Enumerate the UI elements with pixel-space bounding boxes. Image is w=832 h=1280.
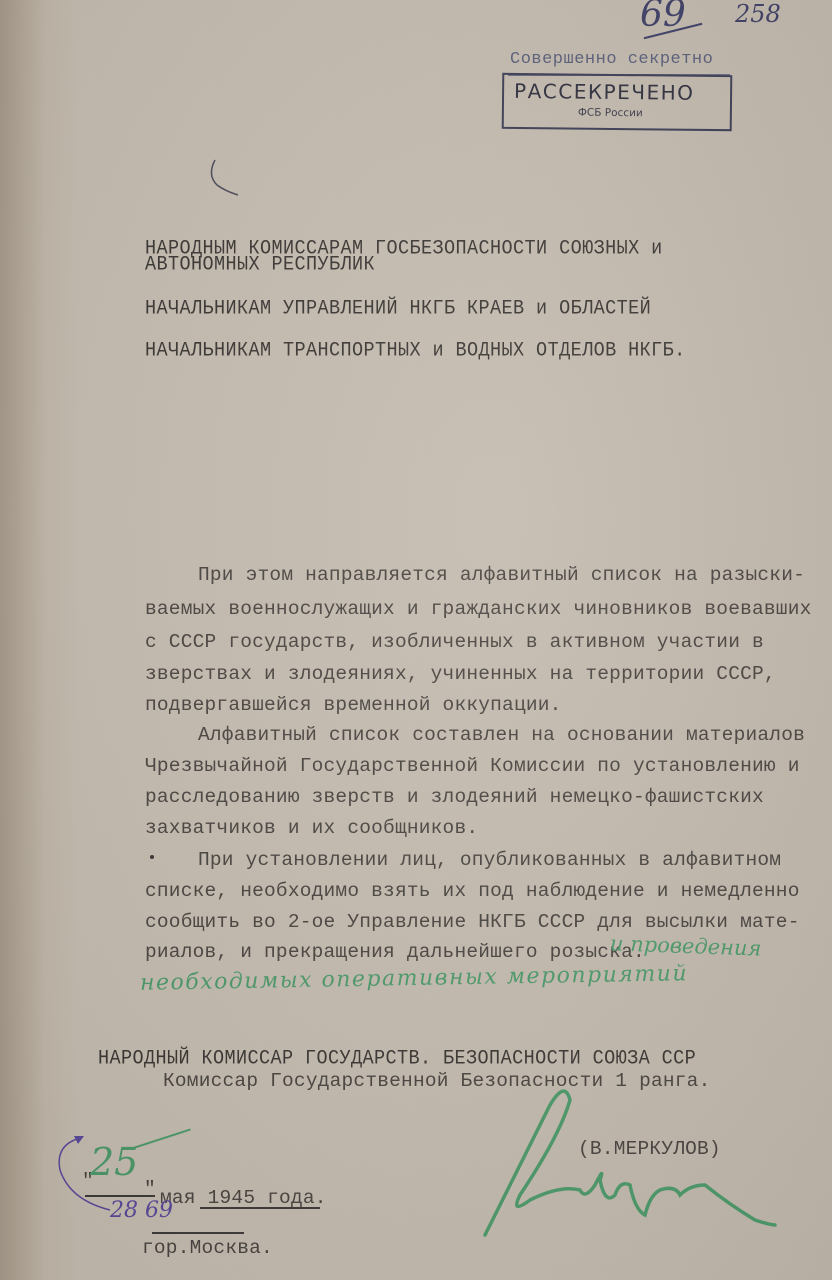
pen-mark-icon bbox=[205, 155, 245, 200]
body-line: При этом направляется алфавитный список … bbox=[198, 564, 805, 586]
declassified-stamp: РАССЕКРЕЧЕНО ФСБ России bbox=[502, 73, 733, 131]
body-line: сообщить во 2-ое Управление НКГБ СССР дл… bbox=[145, 911, 800, 933]
body-line: Чрезвычайной Государственной Комиссии по… bbox=[145, 755, 800, 777]
registration-number: 28 69 bbox=[110, 1198, 173, 1223]
body-line: Алфавитный список составлен на основании… bbox=[198, 724, 805, 746]
body-line: списке, необходимо взять их под наблюден… bbox=[145, 880, 800, 902]
body-line: При установлении лиц, опубликованных в а… bbox=[198, 849, 781, 871]
body-line: риалов, и прекращения дальнейшего розыск… bbox=[145, 941, 645, 963]
document-page: 69 258 Совершенно секретно РАССЕКРЕЧЕНО … bbox=[0, 0, 832, 1280]
handwritten-insert-2: необходимых оперативных мероприятий bbox=[140, 961, 688, 996]
addressee-line-2: АВТОНОМНЫХ РЕСПУБЛИК bbox=[145, 253, 375, 276]
addressee-line-3: НАЧАЛЬНИКАМ УПРАВЛЕНИЙ НКГБ КРАЕВ и ОБЛА… bbox=[145, 297, 651, 320]
addressee-line-4: НАЧАЛЬНИКАМ ТРАНСПОРТНЫХ и ВОДНЫХ ОТДЕЛО… bbox=[145, 339, 686, 362]
signature-icon bbox=[480, 1085, 800, 1245]
city: гор.Москва. bbox=[142, 1237, 273, 1259]
body-line: захватчиков и их сообщников. bbox=[145, 817, 478, 839]
registration-underline bbox=[152, 1232, 244, 1234]
date-year-underline bbox=[200, 1207, 320, 1209]
sheet-number: 258 bbox=[735, 0, 781, 28]
classification-label: Совершенно секретно bbox=[510, 50, 713, 69]
body-line: зверствах и злодеяниях, учиненных на тер… bbox=[145, 663, 776, 685]
body-line: подвергавшейся временной оккупации. bbox=[145, 694, 562, 716]
body-line: расследованию зверств и злодеяний немецк… bbox=[145, 786, 764, 808]
body-line: с СССР государств, изобличенных в активн… bbox=[145, 631, 764, 653]
stamp-title: РАССЕКРЕЧЕНО bbox=[514, 79, 695, 105]
ink-dot bbox=[150, 855, 154, 859]
signatory-title: НАРОДНЫЙ КОМИССАР ГОСУДАРСТВ. БЕЗОПАСНОС… bbox=[98, 1047, 696, 1070]
date-month-year: мая 1945 года. bbox=[160, 1187, 327, 1209]
stamp-issuer: ФСБ России bbox=[578, 107, 643, 120]
body-line: ваемых военнослужащих и гражданских чино… bbox=[145, 598, 812, 620]
